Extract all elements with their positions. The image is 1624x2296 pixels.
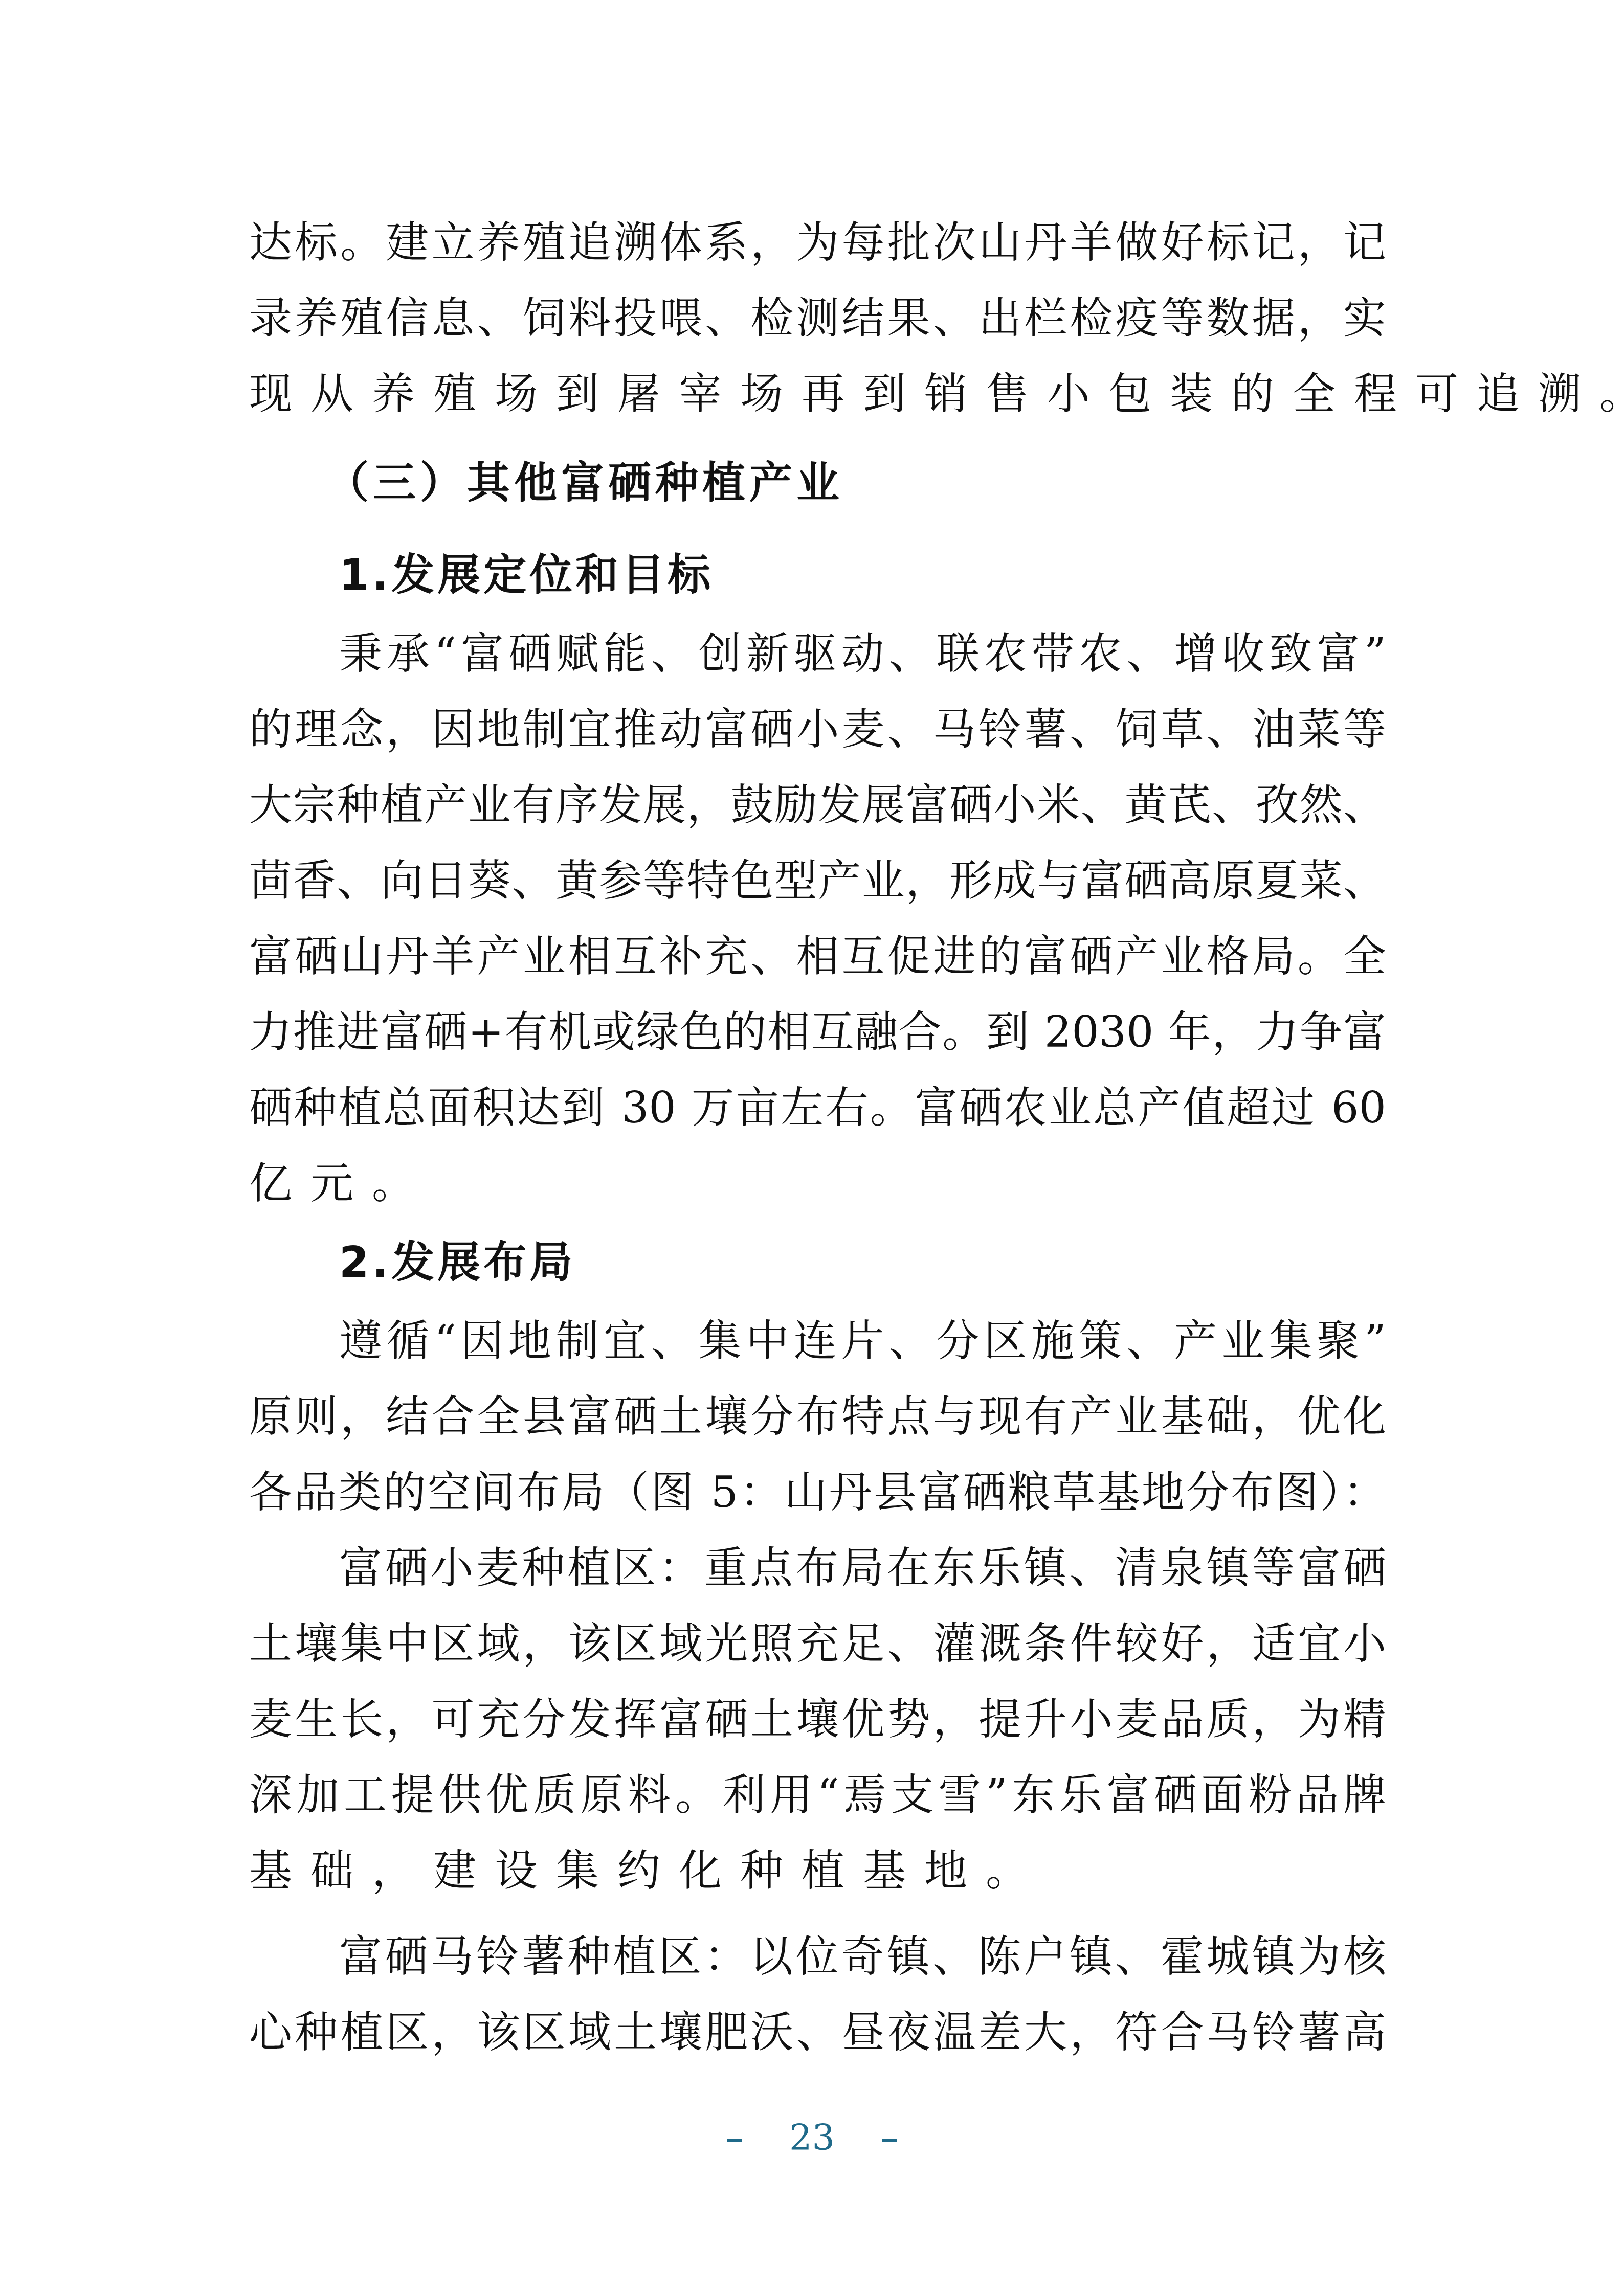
body-line: 的理念，因地制宜推动富硒小麦、马铃薯、饲草、油菜等 — [249, 691, 1386, 767]
footer-dash-right — [882, 2139, 897, 2142]
footer-dash-left — [727, 2139, 742, 2142]
body-line: 土壤集中区域，该区域光照充足、灌溉条件较好，适宜小 — [249, 1606, 1386, 1681]
body-line: 硒种植总面积达到 30 万亩左右。富硒农业总产值超过 60 — [249, 1070, 1386, 1145]
body-line: 麦生长，可充分发挥富硒土壤优势，提升小麦品质，为精 — [249, 1681, 1386, 1757]
subsection-heading: 1.发展定位和目标 — [249, 534, 1386, 616]
body-line: 富硒山丹羊产业相互补充、相互促进的富硒产业格局。全 — [249, 918, 1386, 994]
body-line: 秉承“富硒赋能、创新驱动、联农带农、增收致富” — [249, 616, 1386, 691]
body-line: 大宗种植产业有序发展，鼓励发展富硒小米、黄芪、孜然、 — [249, 767, 1386, 843]
page-footer: 23 — [0, 2112, 1624, 2163]
body-line: 心种植区，该区域土壤肥沃、昼夜温差大，符合马铃薯高 — [249, 1994, 1386, 2070]
section-heading: （三）其他富硒种植产业 — [249, 432, 1386, 534]
body-line: 录养殖信息、饲料投喂、检测结果、出栏检疫等数据，实 — [249, 280, 1386, 356]
body-line: 原则，结合全县富硒土壤分布特点与现有产业基础，优化 — [249, 1379, 1386, 1454]
body-line: 茴香、向日葵、黄参等特色型产业，形成与富硒高原夏菜、 — [249, 843, 1386, 918]
body-line: 各品类的空间布局（图 5：山丹县富硒粮草基地分布图）： — [249, 1454, 1386, 1530]
body-line: 遵循“因地制宜、集中连片、分区施策、产业集聚” — [249, 1303, 1386, 1379]
body-line: 达标。建立养殖追溯体系，为每批次山丹羊做好标记，记 — [249, 205, 1386, 280]
document-page: 达标。建立养殖追溯体系，为每批次山丹羊做好标记，记 录养殖信息、饲料投喂、检测结… — [0, 0, 1624, 2296]
page-content: 达标。建立养殖追溯体系，为每批次山丹羊做好标记，记 录养殖信息、饲料投喂、检测结… — [249, 205, 1386, 2070]
paragraph-gap — [249, 1908, 1386, 1919]
body-line: 基础，建设集约化种植基地。 — [249, 1833, 1386, 1908]
body-line: 富硒小麦种植区：重点布局在东乐镇、清泉镇等富硒 — [249, 1530, 1386, 1606]
body-line: 富硒马铃薯种植区：以位奇镇、陈户镇、霍城镇为核 — [249, 1919, 1386, 1994]
page-number: 23 — [789, 2117, 835, 2158]
subsection-heading: 2.发展布局 — [249, 1221, 1386, 1303]
body-line: 深加工提供优质原料。利用“焉支雪”东乐富硒面粉品牌 — [249, 1757, 1386, 1833]
body-line: 亿元。 — [249, 1145, 1386, 1221]
body-line: 力推进富硒+有机或绿色的相互融合。到 2030 年，力争富 — [249, 994, 1386, 1070]
body-line: 现从养殖场到屠宰场再到销售小包装的全程可追溯。 — [249, 356, 1386, 432]
